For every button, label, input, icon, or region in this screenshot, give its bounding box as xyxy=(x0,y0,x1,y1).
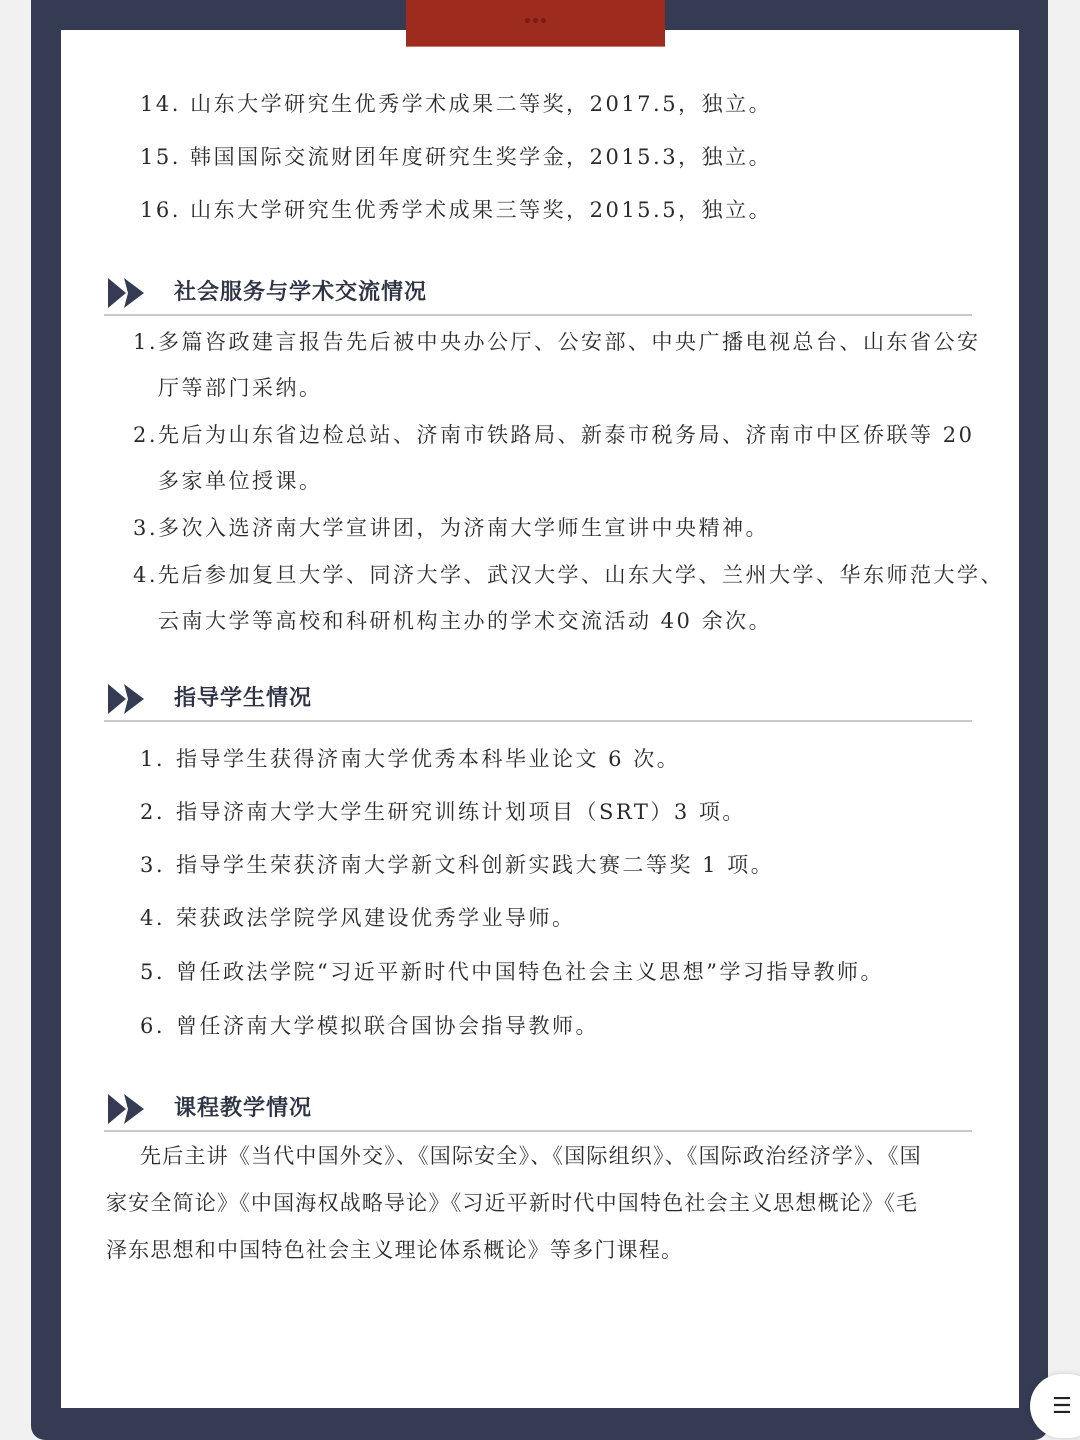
service-line: 1.多篇咨政建言报告先后被中央办公厅、公安部、中央广播电视总台、山东省公安 xyxy=(133,326,981,356)
section-divider xyxy=(104,314,972,316)
section-header-teaching: 课程教学情况 xyxy=(106,1084,972,1132)
service-line: 4.先后参加复旦大学、同济大学、武汉大学、山东大学、兰州大学、华东师范大学、 xyxy=(133,559,1004,589)
award-item-15: 15. 韩国国际交流财团年度研究生奖学金，2015.3，独立。 xyxy=(140,141,772,171)
double-arrow-icon xyxy=(108,1094,152,1124)
double-arrow-icon xyxy=(108,278,152,308)
guidance-item: 2.指导济南大学大学生研究训练计划项目（SRT）3 项。 xyxy=(140,796,746,826)
section-header-social-service: 社会服务与学术交流情况 xyxy=(106,268,972,316)
menu-icon: ☰ xyxy=(1052,1394,1072,1419)
teaching-line: 泽东思想和中国特色社会主义理论体系概论》等多门课程。 xyxy=(106,1234,683,1264)
teaching-line: 先后主讲《当代中国外交》、《国际安全》、《国际组织》、《国际政治经济学》、《国 xyxy=(140,1140,922,1170)
section-title: 指导学生情况 xyxy=(174,681,312,712)
service-line: 多家单位授课。 xyxy=(158,465,323,495)
teaching-line: 家安全简论》《中国海权战略导论》《习近平新时代中国特色社会主义思想概论》《毛 xyxy=(106,1187,918,1217)
guidance-item: 4.荣获政法学院学风建设优秀学业导师。 xyxy=(140,902,576,932)
section-divider xyxy=(104,1130,972,1132)
section-title: 社会服务与学术交流情况 xyxy=(174,275,427,306)
section-title: 课程教学情况 xyxy=(174,1091,312,1122)
more-dots-icon xyxy=(406,8,665,27)
service-line: 2.先后为山东省边检总站、济南市铁路局、新泰市税务局、济南市中区侨联等 20 xyxy=(133,419,974,449)
award-item-16: 16. 山东大学研究生优秀学术成果三等奖，2015.5，独立。 xyxy=(140,194,772,224)
double-arrow-icon xyxy=(108,684,152,714)
service-line: 厅等部门采纳。 xyxy=(158,372,323,402)
guidance-item: 3.指导学生荣获济南大学新文科创新实践大赛二等奖 1 项。 xyxy=(140,849,774,879)
header-tab xyxy=(406,0,665,46)
award-item-14: 14. 山东大学研究生优秀学术成果二等奖，2017.5，独立。 xyxy=(140,88,772,118)
guidance-item: 5.曾任政法学院“习近平新时代中国特色社会主义思想”学习指导教师。 xyxy=(140,956,884,986)
guidance-item: 6.曾任济南大学模拟联合国协会指导教师。 xyxy=(140,1010,599,1040)
guidance-item: 1.指导学生获得济南大学优秀本科毕业论文 6 次。 xyxy=(140,743,680,773)
service-line: 云南大学等高校和科研机构主办的学术交流活动 40 余次。 xyxy=(158,605,772,635)
section-header-student-guidance: 指导学生情况 xyxy=(106,674,972,722)
service-line: 3.多次入选济南大学宣讲团，为济南大学师生宣讲中央精神。 xyxy=(133,512,769,542)
section-divider xyxy=(104,720,972,722)
